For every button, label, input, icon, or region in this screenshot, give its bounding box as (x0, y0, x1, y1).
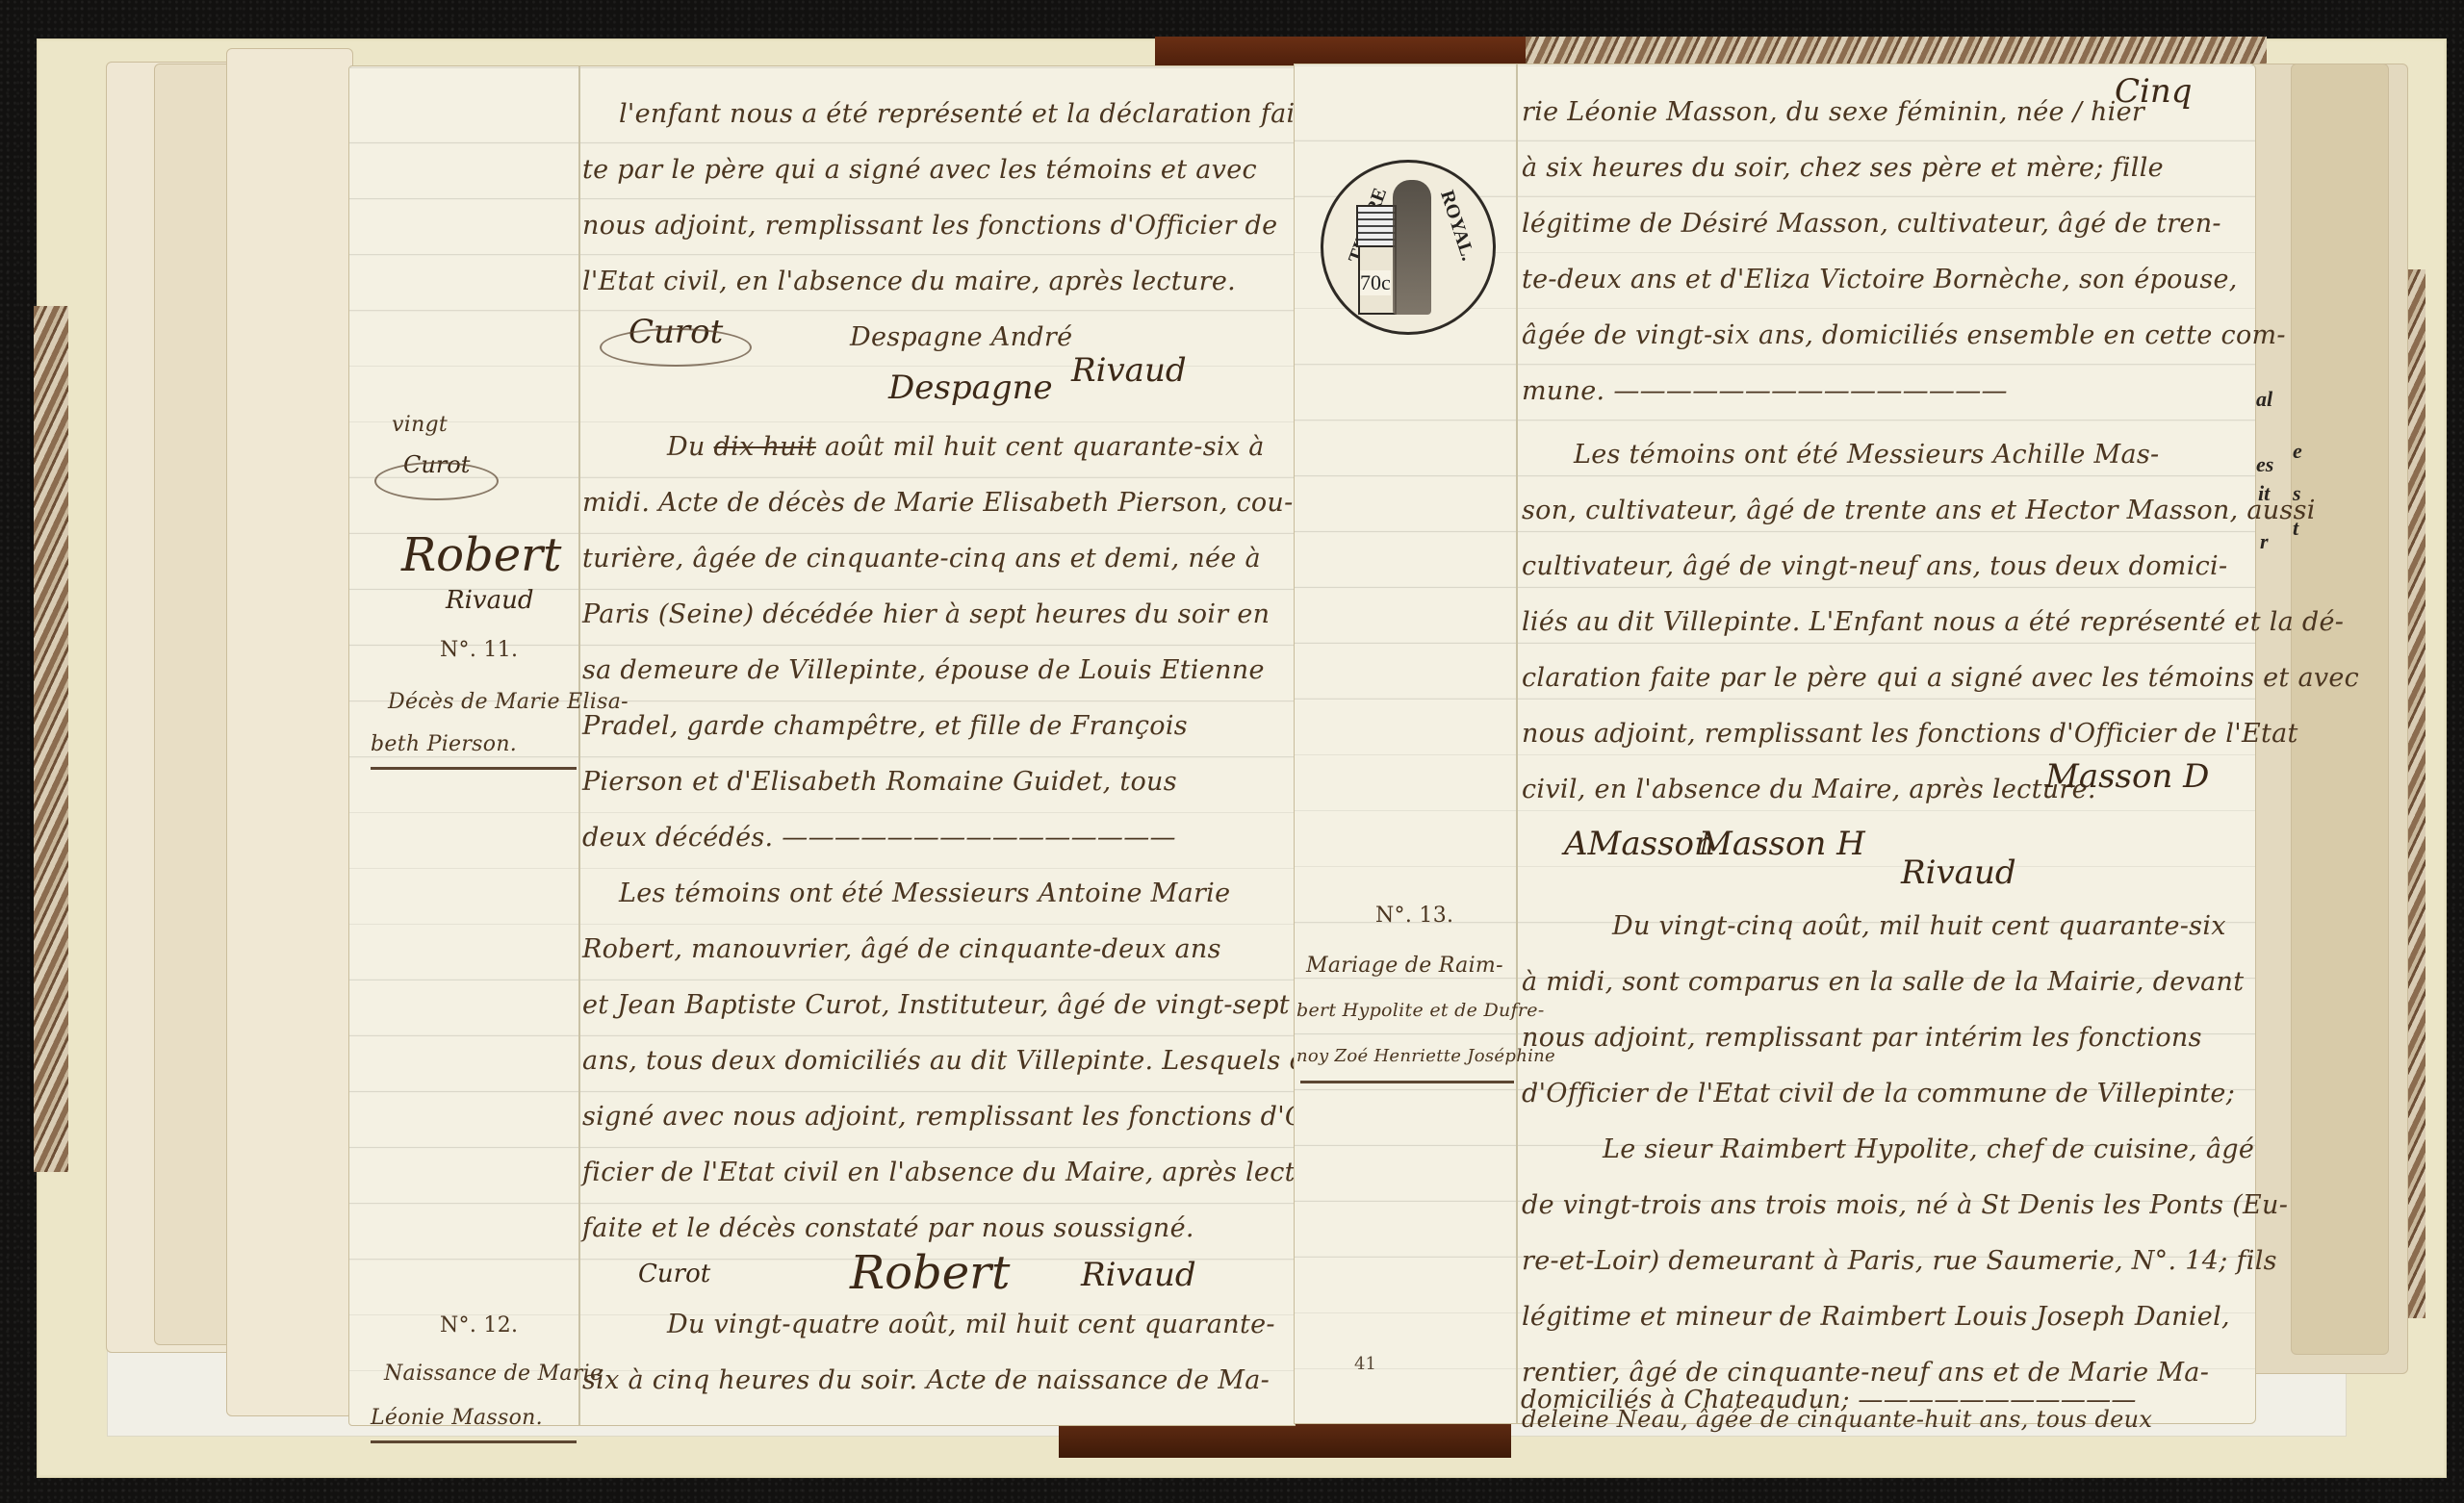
stamp-value: 70c (1360, 270, 1391, 295)
text-line: Pierson et d'Elisabeth Romaine Guidet, t… (582, 767, 1177, 797)
signature-masson-h: Masson H (1699, 825, 1865, 863)
margin-title: Mariage de Raim- (1306, 954, 1503, 978)
margin-signature-robert: Robert (401, 528, 561, 582)
text-line: cultivateur, âgé de vingt-neuf ans, tous… (1522, 551, 2227, 581)
text-line: Du vingt-quatre août, mil huit cent quar… (667, 1310, 1275, 1339)
text-line: Paris (Seine) décédée hier à sept heures… (582, 599, 1270, 629)
text-line: six à cinq heures du soir. Acte de naiss… (582, 1365, 1270, 1395)
text-line: Du vingt-cinq août, mil huit cent quaran… (1612, 911, 2226, 941)
signature-despagne-andre: Despagne André (850, 322, 1072, 352)
signature-curot: Curot (629, 313, 723, 351)
text-line: signé avec nous adjoint, remplissant les… (582, 1102, 1324, 1132)
text-line: légitime de Désiré Masson, cultivateur, … (1522, 209, 2221, 239)
underlying-leaf-right (2291, 64, 2389, 1355)
edge-print-text: it (2258, 481, 2270, 506)
text-line: ficier de l'Etat civil en l'absence du M… (582, 1158, 1341, 1187)
text-line: re-et-Loir) demeurant à Paris, rue Saume… (1522, 1246, 2277, 1276)
timbre-royal-stamp: TIMBRE ROYAL. 70c (1321, 160, 1496, 335)
signature-curot: Curot (638, 1260, 710, 1288)
margin-signature-rivaud: Rivaud (446, 586, 533, 615)
text-line: de vingt-trois ans trois mois, né à St D… (1522, 1190, 2288, 1220)
margin-insert-vingt: vingt (392, 413, 448, 437)
allegorical-figure-icon (1393, 180, 1431, 315)
edge-print-text: al (2256, 387, 2272, 412)
text-line: te-deux ans et d'Eliza Victoire Bornèche… (1522, 265, 2238, 294)
text-line: à midi, sont comparus en la salle de la … (1522, 967, 2244, 997)
margin-title: Naissance de Marie (384, 1362, 603, 1386)
text-line: te par le père qui a signé avec les témo… (582, 155, 1257, 185)
edge-print-text: s (2293, 481, 2301, 506)
entry-divider (371, 767, 577, 770)
marbled-cover-top (1526, 37, 2267, 64)
signature-despagne: Despagne (888, 369, 1053, 407)
text-line: l'Etat civil, en l'absence du maire, apr… (582, 267, 1236, 296)
text-line: turière, âgée de cinquante-cinq ans et d… (582, 544, 1261, 573)
margin-title: beth Pierson. (371, 732, 517, 756)
signature-robert: Robert (850, 1246, 1010, 1300)
text-line: faite et le décès constaté par nous sous… (582, 1213, 1194, 1243)
text-line: mune. ——————————————— (1522, 376, 2008, 406)
edge-print-text: r (2260, 529, 2269, 554)
text-line: civil, en l'absence du Maire, après lect… (1522, 775, 2096, 804)
margin-title: bert Hypolite et de Dufre- (1296, 1000, 1545, 1021)
margin-rule (578, 66, 580, 1425)
tablets-icon (1356, 205, 1397, 247)
text-line: domiciliés à Chateaudun; ——————————— (1521, 1386, 2137, 1414)
struck-text: dix huit (714, 432, 816, 462)
edge-print-text: e (2293, 439, 2302, 464)
text-line: âgée de vingt-six ans, domiciliés ensemb… (1522, 320, 2286, 350)
signature-rivaud: Rivaud (1901, 853, 2016, 892)
signature-rivaud: Rivaud (1071, 351, 1187, 390)
text-line: nous adjoint, remplissant les fonctions … (582, 211, 1277, 241)
margin-rule (1516, 64, 1518, 1423)
text-line: Du dix huit août mil huit cent quarante-… (667, 432, 1265, 462)
text-line: midi. Acte de décès de Marie Elisabeth P… (582, 488, 1294, 518)
leather-spine-top (1155, 37, 1526, 65)
text-line: légitime et mineur de Raimbert Louis Jos… (1522, 1302, 2230, 1332)
text-line: Les témoins ont été Messieurs Antoine Ma… (619, 879, 1230, 908)
text-line: et Jean Baptiste Curot, Instituteur, âgé… (582, 990, 1290, 1020)
text-line: à six heures du soir, chez ses père et m… (1522, 153, 2164, 183)
text-line: rie Léonie Masson, du sexe féminin, née … (1522, 97, 2144, 127)
text-line: Le sieur Raimbert Hypolite, chef de cuis… (1603, 1134, 2254, 1164)
text-line: Robert, manouvrier, âgé de cinquante-deu… (582, 934, 1221, 964)
text-line: nous adjoint, remplissant les fonctions … (1522, 719, 2298, 749)
underlying-leaf-left (226, 48, 353, 1416)
text-line: ans, tous deux domiciliés au dit Villepi… (582, 1046, 1333, 1076)
text-line: nous adjoint, remplissant par intérim le… (1522, 1023, 2202, 1053)
edge-print-text: t (2293, 516, 2298, 541)
entry-divider (371, 1440, 577, 1443)
left-page: l'enfant nous a été représenté et la déc… (348, 65, 1296, 1426)
text-line: deux décédés. ——————————————— (582, 823, 1176, 853)
text-line: claration faite par le père qui a signé … (1522, 663, 2359, 693)
edge-print-text: es (2256, 452, 2273, 477)
text-line: l'enfant nous a été représenté et la déc… (619, 99, 1304, 129)
text-line: sa demeure de Villepinte, épouse de Loui… (582, 655, 1265, 685)
act-number: N°. 13. (1375, 904, 1453, 928)
stamp-text-right: ROYAL. (1435, 188, 1478, 264)
marbled-cover-left (34, 306, 68, 1172)
text-line: Pradel, garde champêtre, et fille de Fra… (582, 711, 1188, 741)
text-line: d'Officier de l'Etat civil de la commune… (1522, 1079, 2235, 1108)
margin-title: noy Zoé Henriette Joséphine (1296, 1046, 1555, 1066)
text-line: son, cultivateur, âgé de trente ans et H… (1522, 496, 2316, 525)
text-line: Les témoins ont été Messieurs Achille Ma… (1574, 440, 2159, 470)
signature-masson-d: Masson D (2045, 757, 2209, 796)
entry-divider (1300, 1081, 1514, 1083)
margin-signature-curot: Curot (403, 451, 470, 478)
margin-title: Léonie Masson. (371, 1406, 543, 1430)
signature-rivaud: Rivaud (1081, 1256, 1196, 1294)
text-line: liés au dit Villepinte. L'Enfant nous a … (1522, 607, 2344, 637)
act-number: N°. 11. (440, 638, 518, 662)
leather-spine-bottom (1059, 1424, 1511, 1458)
folio-number: 41 (1354, 1354, 1376, 1374)
act-number: N°. 12. (440, 1313, 518, 1337)
text-line: rentier, âgé de cinquante-neuf ans et de… (1522, 1358, 2209, 1388)
signature-a-masson: AMasson (1564, 825, 1715, 863)
